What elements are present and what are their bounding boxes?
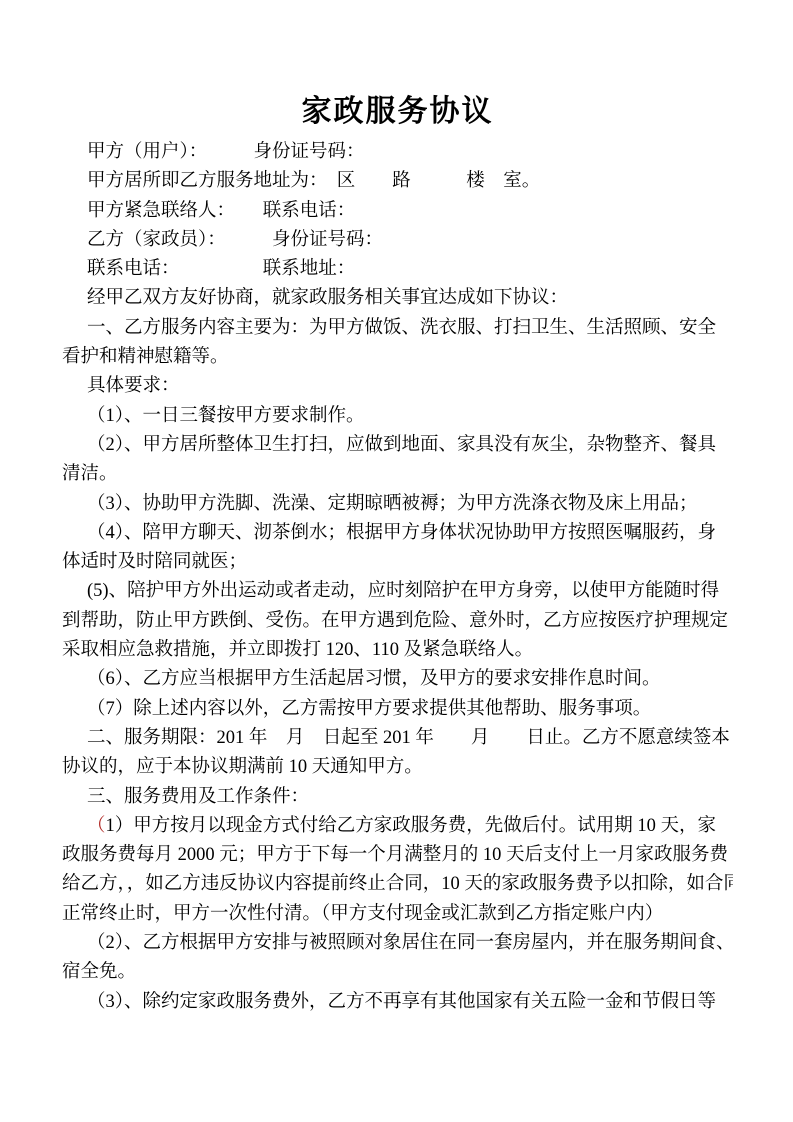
text-line: 一、乙方服务内容主要为：为甲方做饭、洗衣服、打扫卫生、生活照顾、安全 (62, 314, 733, 343)
text-line: 经甲乙双方友好协商，就家政服务相关事宜达成如下协议： (62, 284, 733, 313)
text-line: （1）甲方按月以现金方式付给乙方家政服务费，先做后付。试用期 10 天，家 (62, 812, 733, 841)
text-line: 甲方（用户）： 身份证号码： (62, 138, 733, 167)
text-line: 政服务费每月 2000 元；甲方于下每一个月满整月的 10 天后支付上一月家政服… (62, 841, 733, 870)
text-line: (5)、陪护甲方外出运动或者走动，应时刻陪护在甲方身旁，以使甲方能随时得 (62, 577, 733, 606)
text-line: 给乙方，，如乙方违反协议内容提前终止合同，10 天的家政服务费予以扣除，如合同 (62, 870, 733, 899)
text-line: 清洁。 (62, 460, 733, 489)
text-line: 甲方居所即乙方服务地址为： 区 路 楼 室。 (62, 167, 733, 196)
document-title: 家政服务协议 (62, 0, 733, 129)
text-line: 到帮助，防止甲方跌倒、受伤。在甲方遇到危险、意外时，乙方应按医疗护理规定 (62, 607, 733, 636)
text-line: 体适时及时陪同就医； (62, 548, 733, 577)
text-line: 宿全免。 (62, 958, 733, 987)
text-line: （2）、甲方居所整体卫生打扫，应做到地面、家具没有灰尘，杂物整齐、餐具 (62, 431, 733, 460)
text-line: （6）、乙方应当根据甲方生活起居习惯，及甲方的要求安排作息时间。 (62, 665, 733, 694)
text-line: （2）、乙方根据甲方安排与被照顾对象居住在同一套房屋内，并在服务期间食、 (62, 929, 733, 958)
text-line: 采取相应急救措施，并立即拨打 120、110 及紧急联络人。 (62, 636, 733, 665)
text-line: 甲方紧急联络人： 联系电话： (62, 197, 733, 226)
text-line: 看护和精神慰籍等。 (62, 343, 733, 372)
text-line: 具体要求： (62, 372, 733, 401)
text-line: 联系电话： 联系地址： (62, 255, 733, 284)
text-line: （4）、陪甲方聊天、沏茶倒水；根据甲方身体状况协助甲方按照医嘱服药，身 (62, 519, 733, 548)
text-line: 正常终止时，甲方一次性付清。（甲方支付现金或汇款到乙方指定账户内） (62, 900, 733, 929)
document-page: 家政服务协议 甲方（用户）： 身份证号码：甲方居所即乙方服务地址为： 区 路 楼… (0, 0, 793, 1122)
text-line: （7）除上述内容以外，乙方需按甲方要求提供其他帮助、服务事项。 (62, 695, 733, 724)
text-line: （1）、一日三餐按甲方要求制作。 (62, 402, 733, 431)
text-line: 协议的，应于本协议期满前 10 天通知甲方。 (62, 753, 733, 782)
document-body: 甲方（用户）： 身份证号码：甲方居所即乙方服务地址为： 区 路 楼 室。甲方紧急… (62, 138, 733, 1017)
text-line: 二、服务期限：201 年 月 日起至 201 年 月 日止。乙方不愿意续签本 (62, 724, 733, 753)
text-line: （3）、协助甲方洗脚、洗澡、定期晾晒被褥；为甲方洗涤衣物及床上用品； (62, 490, 733, 519)
red-parenthesis: （ (87, 816, 106, 836)
text-line: 乙方（家政员）： 身份证号码： (62, 226, 733, 255)
text-line: 三、服务费用及工作条件： (62, 783, 733, 812)
text-line: （3）、除约定家政服务费外，乙方不再享有其他国家有关五险一金和节假日等 (62, 988, 733, 1017)
